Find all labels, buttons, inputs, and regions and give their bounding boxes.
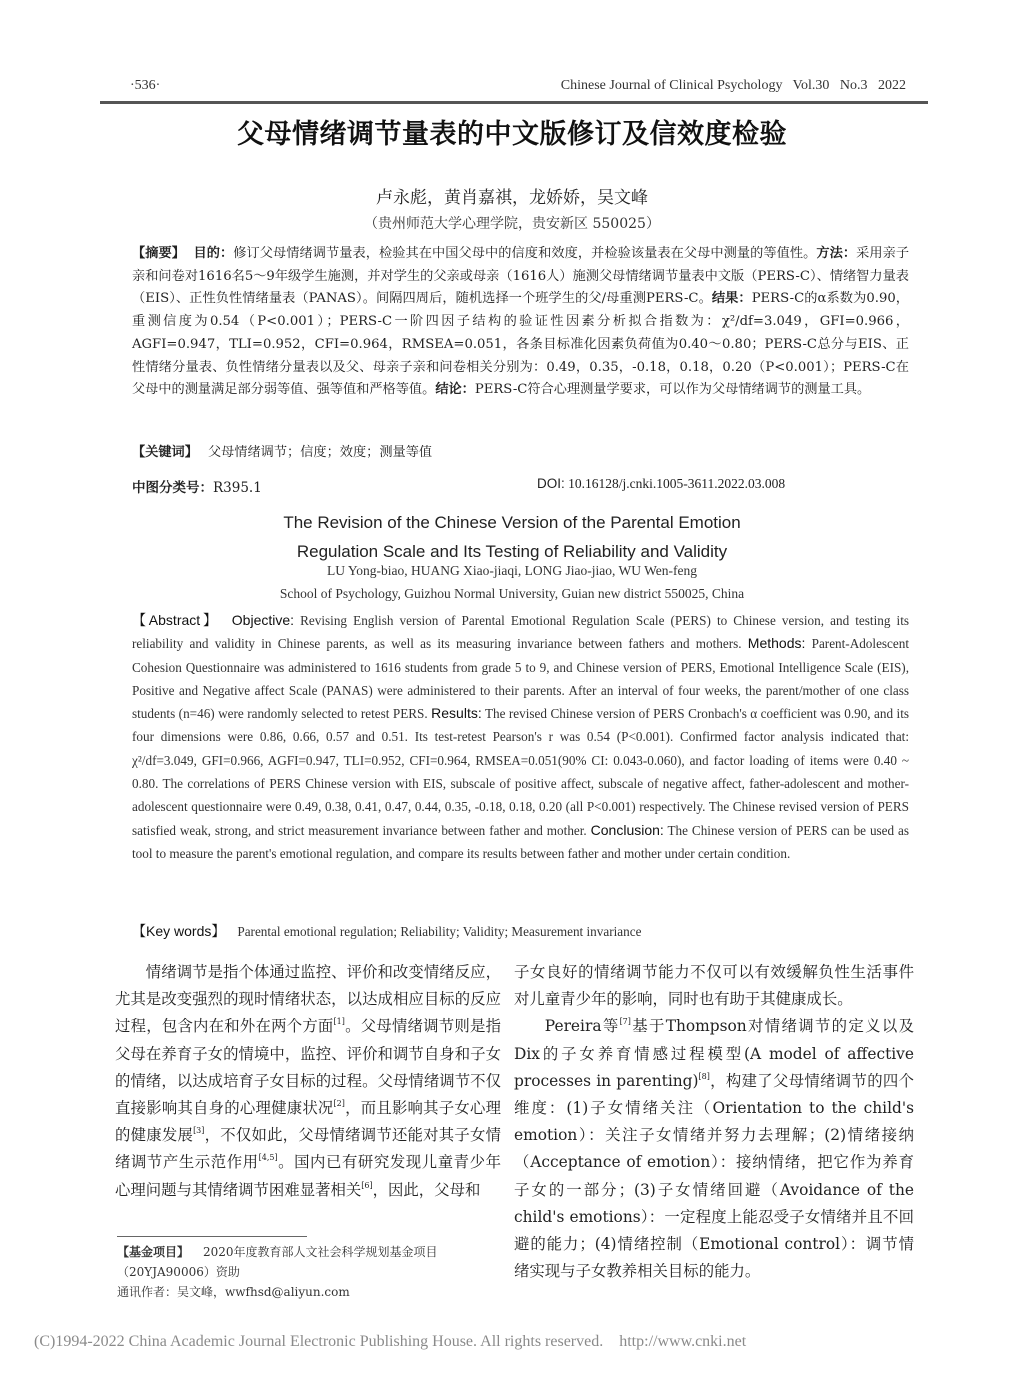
chinese-affiliation: （贵州师范大学心理学院，贵安新区 550025） <box>100 213 924 233</box>
conclusion-label: 结论： <box>435 382 475 397</box>
body-column-left: 情绪调节是指个体通过监控、评价和改变情绪反应，尤其是改变强烈的现时情绪状态，以达… <box>115 959 501 1204</box>
objective-label: Objective: <box>232 612 294 628</box>
fund-label: 【基金项目】 <box>117 1245 189 1259</box>
body-paragraph: 子女良好的情绪调节能力不仅可以有效缓解负性生活事件对儿童青少年的影响，同时也有助… <box>514 959 914 1013</box>
clc-value: R395.1 <box>213 480 262 496</box>
citation[interactable]: [1] <box>334 1017 345 1026</box>
chinese-abstract: 【摘要】 目的：修订父母情绪调节量表，检验其在中国父母中的信度和效度，并检验该量… <box>132 243 909 402</box>
journal-info: Chinese Journal of Clinical Psychology V… <box>561 78 906 94</box>
keywords-label: 【关键词】 <box>132 445 198 460</box>
copyright-notice: (C)1994-2022 China Academic Journal Elec… <box>34 1333 746 1351</box>
running-head: ·536· Chinese Journal of Clinical Psycho… <box>130 78 906 100</box>
header-divider <box>100 101 928 104</box>
chinese-title: 父母情绪调节量表的中文版修订及信效度检验 <box>100 112 924 151</box>
chinese-authors: 卢永彪，黄肖嘉祺，龙娇娇，吴文峰 <box>100 183 924 208</box>
english-title: The Revision of the Chinese Version of t… <box>100 508 924 566</box>
body-text: ，构建了父母情绪调节的四个维度：(1)子女情绪关注（Orientation to… <box>514 1072 914 1280</box>
footnote: 【基金项目】2020年度教育部人文社会科学规划基金项目（20YJA90006）资… <box>117 1242 509 1302</box>
body-paragraph: Pereira等[7]基于Thompson对情绪调节的定义以及Dix的子女养育情… <box>514 1013 914 1285</box>
english-authors: LU Yong-biao, HUANG Xiao-jiaqi, LONG Jia… <box>100 563 924 579</box>
keywords-label: 【Key words】 <box>132 923 225 939</box>
doi-value[interactable]: 10.16128/j.cnki.1005-3611.2022.03.008 <box>568 476 785 491</box>
body-paragraph: 情绪调节是指个体通过监控、评价和改变情绪反应，尤其是改变强烈的现时情绪状态，以达… <box>115 959 501 1204</box>
english-affiliation: School of Psychology, Guizhou Normal Uni… <box>100 586 924 602</box>
citation[interactable]: [8] <box>699 1072 710 1081</box>
english-title-line-2: Regulation Scale and Its Testing of Reli… <box>100 537 924 566</box>
objective-text: 修订父母情绪调节量表，检验其在中国父母中的信度和效度，并检验该量表在父母中测量的… <box>233 246 816 261</box>
chinese-keywords: 【关键词】父母情绪调节；信度；效度；测量等值 <box>132 441 909 460</box>
body-text: Pereira等 <box>545 1017 620 1035</box>
abstract-label: 【摘要】 <box>132 246 185 261</box>
methods-label: 方法： <box>816 246 856 261</box>
methods-label: Methods: <box>748 635 806 651</box>
body-column-right: 子女良好的情绪调节能力不仅可以有效缓解负性生活事件对儿童青少年的影响，同时也有助… <box>514 959 914 1285</box>
results-text: The revised Chinese version of PERS Cron… <box>132 706 909 837</box>
keywords-value: 父母情绪调节；信度；效度；测量等值 <box>208 445 432 460</box>
citation[interactable]: [4,5] <box>259 1153 278 1162</box>
keywords-value: Parental emotional regulation; Reliabili… <box>237 924 641 939</box>
conclusion-label: Conclusion: <box>591 822 664 838</box>
results-label: Results: <box>431 705 482 721</box>
body-text: ，因此，父母和 <box>373 1181 481 1199</box>
doi-label: DOI: <box>537 476 565 491</box>
citation[interactable]: [3] <box>193 1126 204 1135</box>
english-title-line-1: The Revision of the Chinese Version of t… <box>100 508 924 537</box>
clc-label: 中图分类号： <box>132 480 213 496</box>
classification-number: 中图分类号：R395.1 <box>132 476 262 496</box>
footnote-divider <box>117 1236 307 1237</box>
english-abstract: 【Abstract】Objective: Revising English ve… <box>132 609 909 865</box>
doi: DOI: 10.16128/j.cnki.1005-3611.2022.03.0… <box>537 476 785 492</box>
citation[interactable]: [2] <box>334 1099 345 1108</box>
citation[interactable]: [6] <box>361 1181 372 1190</box>
corresponding-author: 通讯作者：吴文峰，wwfhsd@aliyun.com <box>117 1282 509 1302</box>
results-label: 结果： <box>712 291 752 306</box>
objective-label: 目的： <box>194 246 234 261</box>
page-number: ·536· <box>130 78 160 94</box>
citation[interactable]: [7] <box>620 1017 631 1026</box>
fund-info: 【基金项目】2020年度教育部人文社会科学规划基金项目（20YJA90006）资… <box>117 1242 509 1282</box>
english-keywords: 【Key words】Parental emotional regulation… <box>132 921 909 941</box>
abstract-label: 【Abstract】 <box>132 612 220 628</box>
conclusion-text: PERS-C符合心理测量学要求，可以作为父母情绪调节的测量工具。 <box>475 382 870 397</box>
